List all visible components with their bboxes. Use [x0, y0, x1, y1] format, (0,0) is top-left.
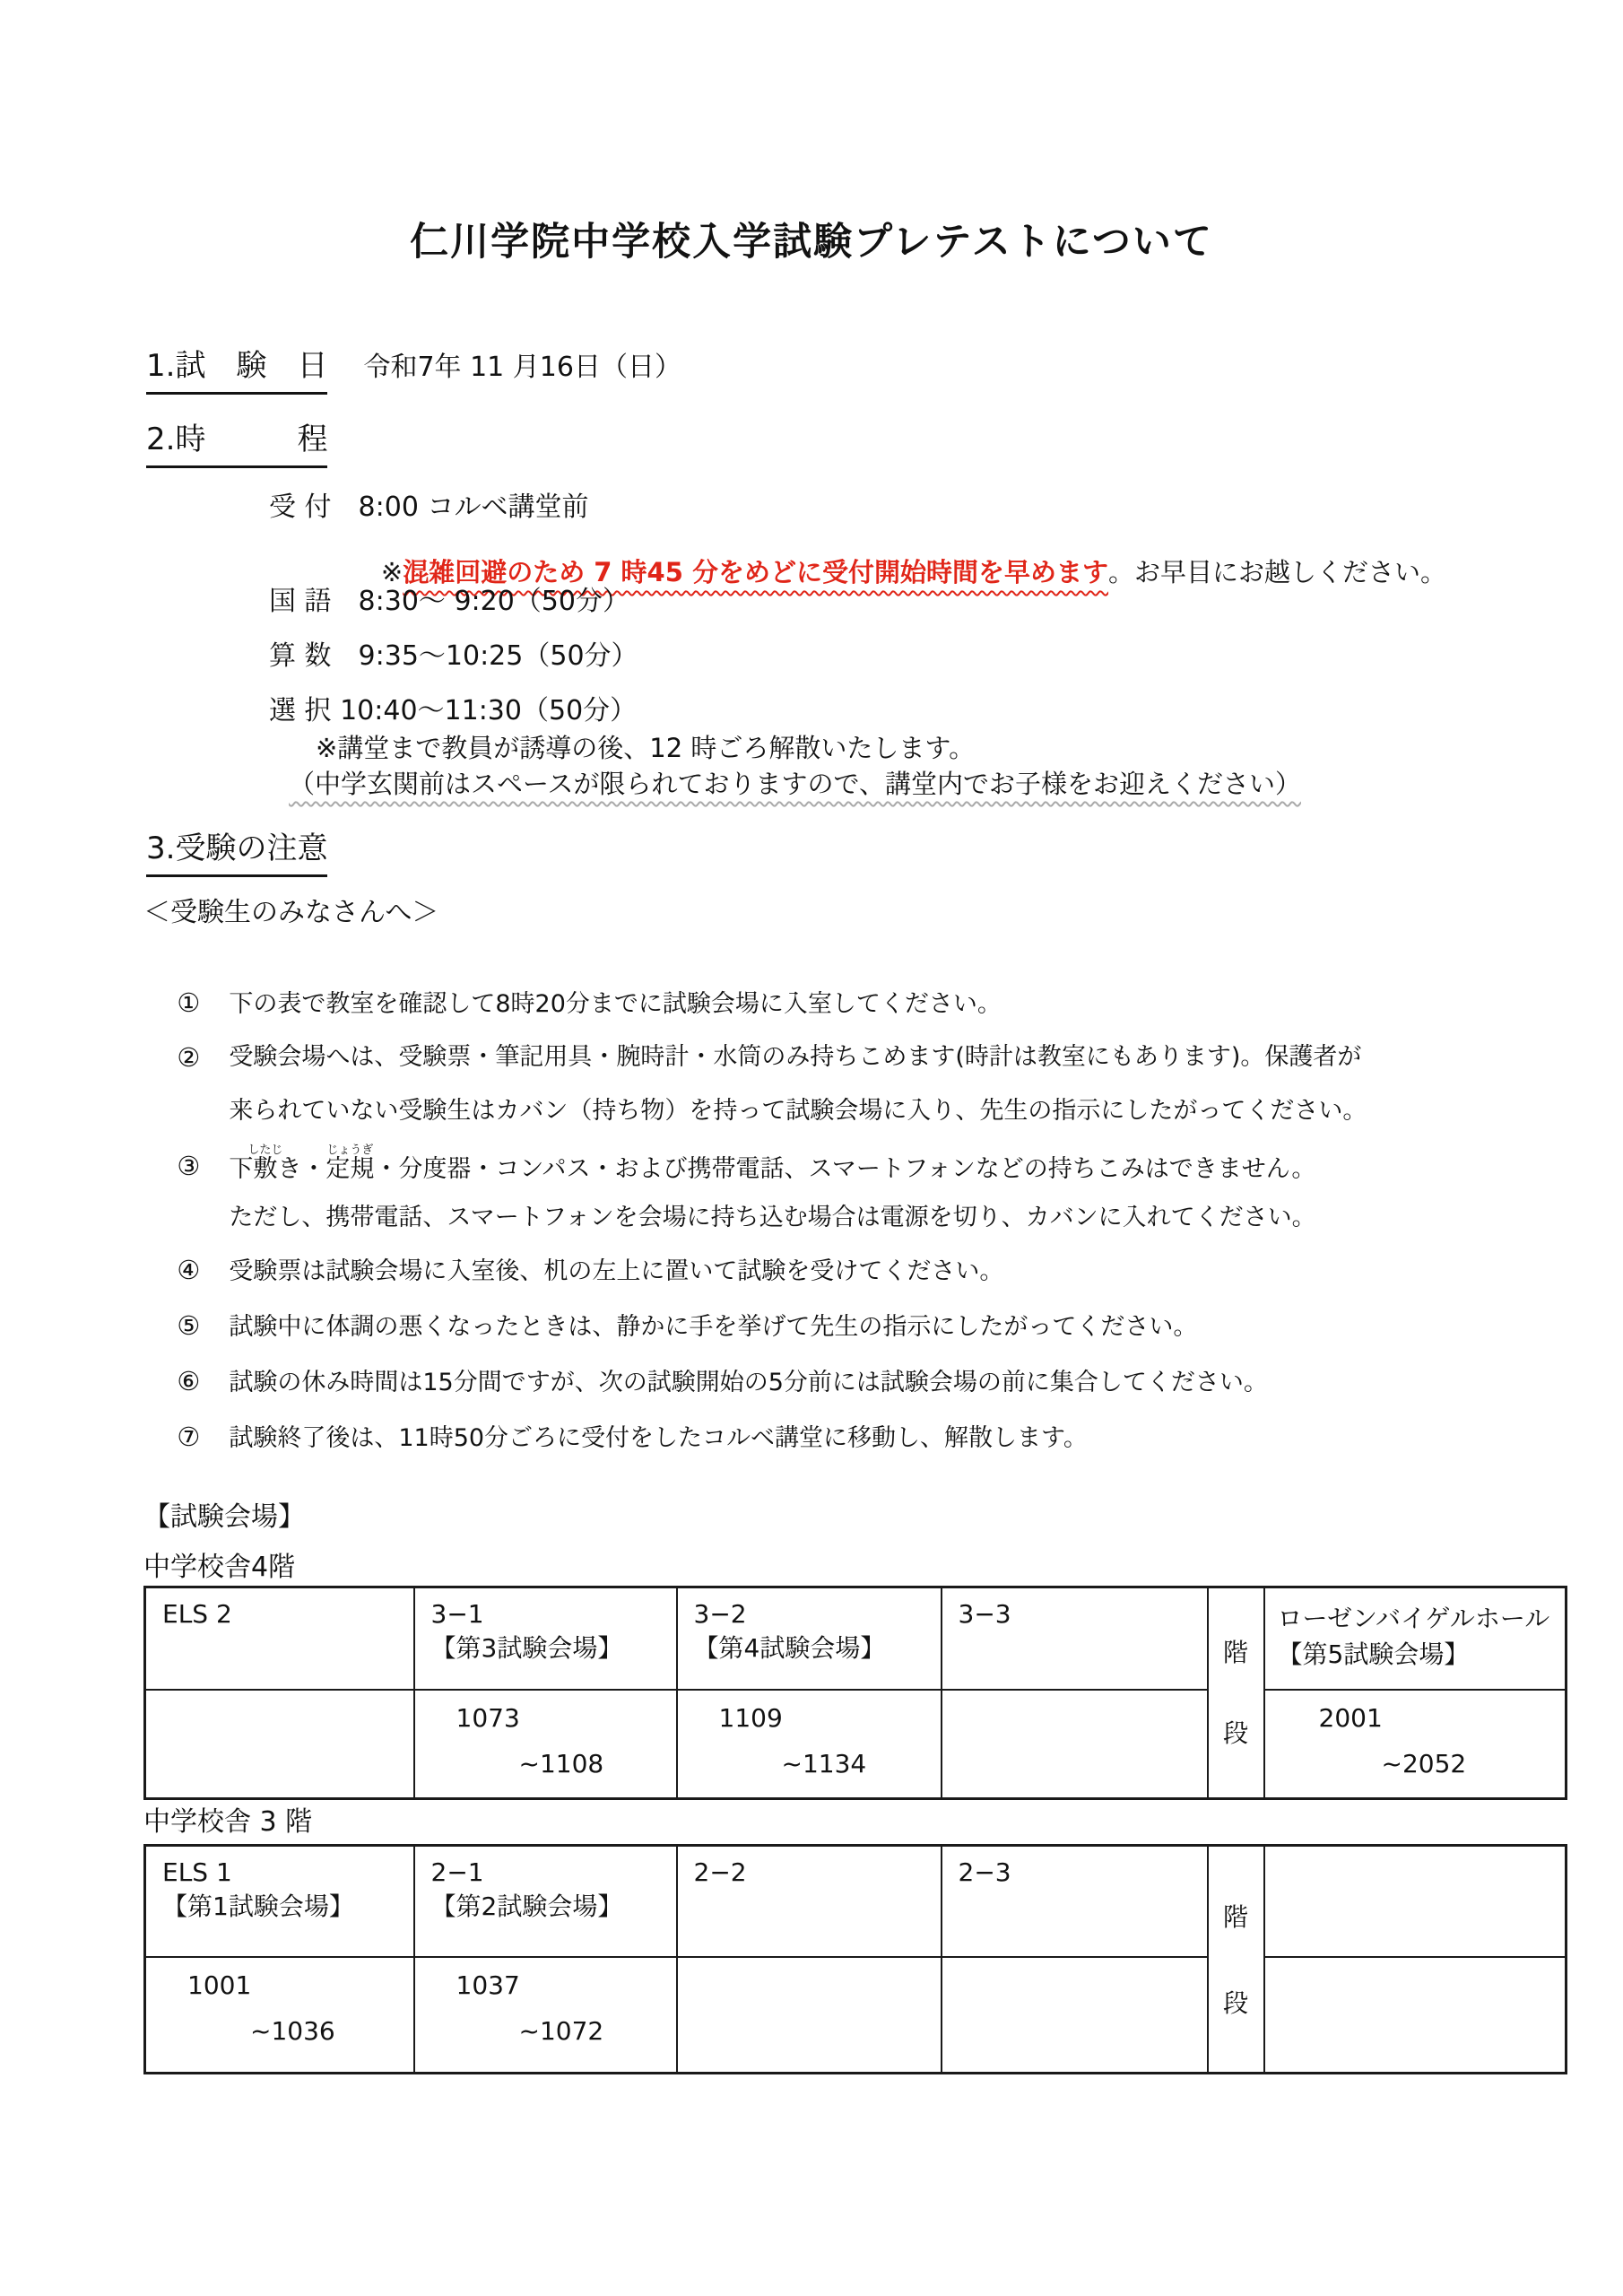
- ruby-base: 定規: [325, 1155, 374, 1183]
- venue-cell-2-2-header: 2−2: [677, 1846, 942, 1957]
- item-text-rest: ・分度器・コンパス・および携帯電話、スマートフォンなどの持ちこみはできません。: [374, 1155, 1315, 1183]
- room-name: ELS 1: [162, 1857, 410, 1887]
- ruby-furigana: したじ: [229, 1144, 301, 1157]
- item-number: ④: [177, 1255, 229, 1285]
- venue-cell-els2-range: [145, 1690, 414, 1799]
- ruby-jougi: 定規じょうぎ: [325, 1155, 374, 1183]
- item-number: ⑤: [177, 1310, 229, 1341]
- section-notice: 3.受験の注意: [146, 823, 327, 877]
- section-exam-date: 1.試 験 日 令和7年 11 月16日（日）: [146, 341, 681, 395]
- venue-cell-empty-header: [1264, 1846, 1567, 1957]
- item-number: ②: [177, 1031, 229, 1084]
- venue-cell-3-1-range: 1073~1108: [414, 1690, 677, 1799]
- venue-cell-els1-range: 1001~1036: [145, 1957, 414, 2074]
- venue-sub: 【第3試験会場】: [431, 1629, 673, 1665]
- dismissal-note: ※講堂まで教員が誘導の後、12 時ごろ解散いたします。: [316, 728, 975, 765]
- section-3-heading: 3.受験の注意: [146, 823, 327, 877]
- pickup-note: （中学玄関前はスペースが限られておりますので、講堂内でお子様をお迎えください）: [289, 764, 1301, 801]
- schedule-math: 算 数 9:35～10:25（50分）: [269, 633, 638, 673]
- venue-heading: 【試験会場】: [143, 1494, 305, 1534]
- schedule-elective: 選 択 10:40～11:30（50分）: [269, 688, 637, 727]
- venue-cell-3-2-range: 1109~1134: [677, 1690, 942, 1799]
- range-end: ~1036: [146, 2016, 413, 2046]
- notice-item-7: ⑦試験終了後は、11時50分ごろに受付をしたコルベ講堂に移動し、解散します。: [146, 1394, 1088, 1483]
- room-name: 2−3: [959, 1857, 1203, 1887]
- item-text-line1: 下敷きしたじ・定規じょうぎ・分度器・コンパス・および携帯電話、スマートフォンなど…: [229, 1144, 1315, 1192]
- floor4-label: 中学校舎4階: [143, 1544, 295, 1584]
- range-end: ~2052: [1265, 1749, 1566, 1779]
- schedule-reception: 受 付 8:00 コルベ講堂前: [269, 484, 588, 524]
- room-name: 3−1: [431, 1599, 673, 1629]
- stairs-label-bottom: 段: [1223, 1714, 1248, 1750]
- examinee-greeting: ＜受験生のみなさんへ＞: [143, 890, 438, 929]
- section-1-heading: 1.試 験 日: [146, 341, 327, 395]
- range-start: 1001: [146, 1970, 413, 2000]
- venue-table-floor4: ELS 2 3−1【第3試験会場】 3−2【第4試験会場】 3−3 階 段 ロー…: [143, 1586, 1567, 1800]
- ruby-base: 下敷き: [229, 1155, 301, 1183]
- item-number: ③: [177, 1144, 229, 1188]
- range-start: 2001: [1265, 1703, 1566, 1733]
- range-end: ~1134: [678, 1749, 941, 1779]
- page-title: 仁川学院中学校入学試験プレテストについて: [0, 212, 1623, 266]
- room-name: 3−3: [959, 1599, 1203, 1629]
- venue-cell-2-1-header: 2−1【第2試験会場】: [414, 1846, 677, 1957]
- ruby-furigana: じょうぎ: [325, 1144, 374, 1157]
- venue-cell-2-2-range: [677, 1957, 942, 2074]
- venue-sub: 【第2試験会場】: [431, 1887, 673, 1923]
- stairs-cell: 階 段: [1208, 1587, 1264, 1799]
- venue-cell-els2-header: ELS 2: [145, 1587, 414, 1690]
- venue-cell-hall-range: 2001~2052: [1264, 1690, 1567, 1799]
- venue-cell-hall-header: ローゼンバイゲルホール【第5試験会場】: [1264, 1587, 1567, 1690]
- room-name: 3−2: [694, 1599, 937, 1629]
- range-start: 1073: [415, 1703, 676, 1733]
- venue-cell-els1-header: ELS 1【第1試験会場】: [145, 1846, 414, 1957]
- range-start: 1109: [678, 1703, 941, 1733]
- room-name: 2−2: [694, 1857, 937, 1887]
- venue-sub: 【第4試験会場】: [694, 1629, 937, 1665]
- venue-cell-2-3-range: [942, 1957, 1208, 2074]
- venue-cell-3-2-header: 3−2【第4試験会場】: [677, 1587, 942, 1690]
- note-black-text: 。お早目にお越しください。: [1108, 557, 1446, 587]
- room-name: ELS 2: [162, 1599, 410, 1629]
- item-text: 試験終了後は、11時50分ごろに受付をしたコルベ講堂に移動し、解散します。: [229, 1422, 1088, 1456]
- room-name: ローゼンバイゲルホール: [1278, 1599, 1562, 1635]
- range-end: ~1072: [415, 2016, 676, 2046]
- stairs-label-top: 階: [1223, 1898, 1248, 1934]
- stairs-cell: 階 段: [1208, 1846, 1264, 2074]
- schedule-japanese: 国 語 8:30～ 9:20（50分）: [269, 578, 629, 618]
- venue-sub: 【第5試験会場】: [1278, 1635, 1562, 1671]
- stairs-label-top: 階: [1223, 1633, 1248, 1669]
- venue-cell-3-1-header: 3−1【第3試験会場】: [414, 1587, 677, 1690]
- stairs-label-bottom: 段: [1223, 1984, 1248, 2020]
- venue-table-floor3: ELS 1【第1試験会場】 2−1【第2試験会場】 2−2 2−3 階 段: [143, 1844, 1567, 2074]
- item-number: ⑥: [177, 1366, 229, 1396]
- room-name: 2−1: [431, 1857, 673, 1887]
- item-number: ⑦: [177, 1422, 229, 1452]
- venue-cell-3-3-range: [942, 1690, 1208, 1799]
- section-timetable: 2.時 程: [146, 414, 327, 468]
- range-start: 1037: [415, 1970, 676, 2000]
- ruby-shitajiki: 下敷きしたじ: [229, 1155, 301, 1183]
- venue-cell-3-3-header: 3−3: [942, 1587, 1208, 1690]
- range-end: ~1108: [415, 1749, 676, 1779]
- venue-sub: 【第1試験会場】: [162, 1887, 410, 1923]
- document-page: 仁川学院中学校入学試験プレテストについて 1.試 験 日 令和7年 11 月16…: [0, 0, 1623, 2296]
- floor3-label: 中学校舎 3 階: [143, 1799, 312, 1839]
- venue-cell-empty-range: [1264, 1957, 1567, 2074]
- separator-dot: ・: [301, 1155, 325, 1183]
- venue-cell-2-3-header: 2−3: [942, 1846, 1208, 1957]
- section-2-heading: 2.時 程: [146, 414, 327, 468]
- venue-cell-2-1-range: 1037~1072: [414, 1957, 677, 2074]
- exam-date-value: 令和7年 11 月16日（日）: [363, 344, 681, 384]
